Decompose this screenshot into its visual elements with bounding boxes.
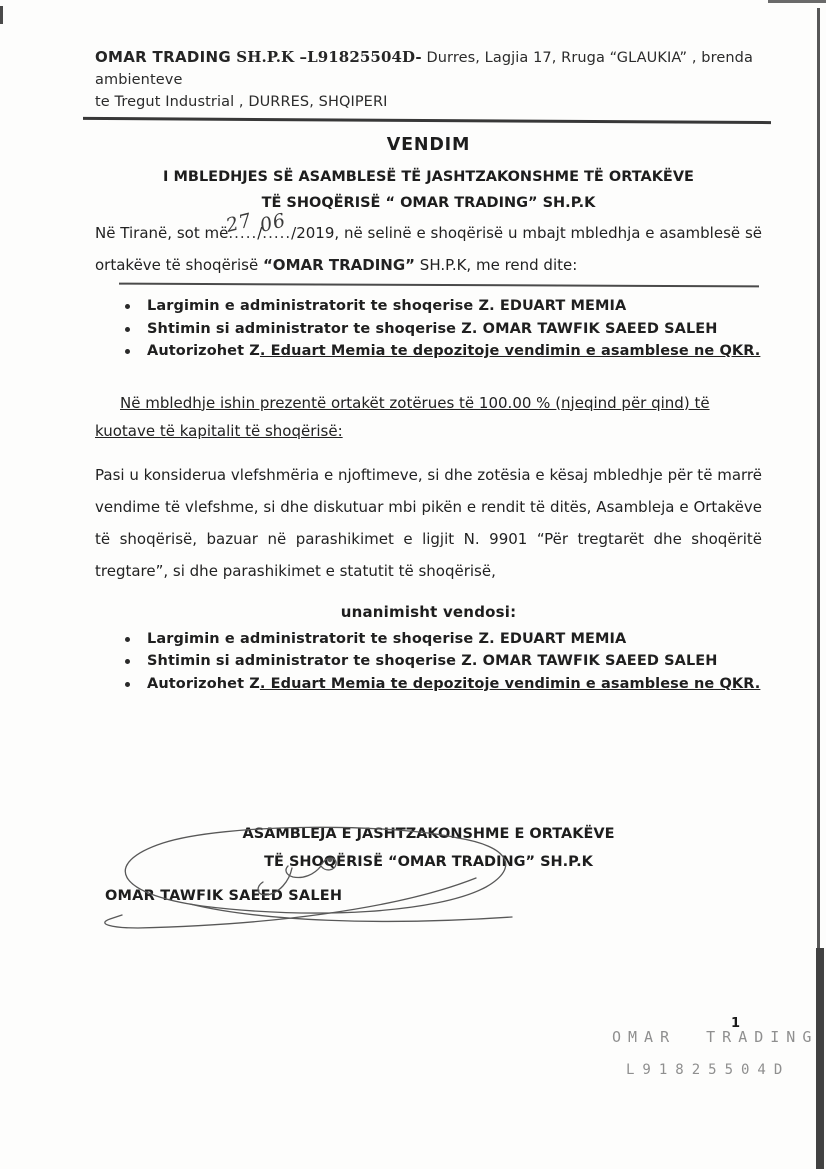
company-name: OMAR TRADING: [95, 48, 231, 66]
intro-text-c: SH.P.K, me rend dite:: [415, 256, 577, 274]
handwritten-signature: [60, 822, 530, 942]
intro-paragraph: Në Tiranë, sot më.....27/.....06/2019, n…: [95, 217, 762, 281]
decision-item-1: Largimin e administratorit te shoqerise …: [147, 628, 762, 651]
scan-edge-top: [768, 0, 826, 3]
intro-text-a: Në Tiranë, sot më: [95, 224, 228, 242]
presence-paragraph: Në mbledhje ishin prezentë ortakët zotër…: [95, 389, 762, 445]
decision-item-2: Shtimin si administrator te shoqerise Z.…: [147, 650, 762, 673]
agenda-list: Largimin e administratorit te shoqerise …: [95, 295, 762, 363]
document-subtitle-line2: TË SHOQËRISË “ OMAR TRADING” SH.P.K: [95, 190, 762, 216]
date-day-slot: .....27: [228, 217, 257, 249]
document-title: VENDIM: [95, 135, 762, 155]
document-content: OMAR TRADING SH.P.K –L91825504D- Durres,…: [0, 0, 826, 910]
letterhead-divider: [83, 117, 771, 124]
scanned-document-page: OMAR TRADING SH.P.K –L91825504D- Durres,…: [0, 0, 826, 1169]
decision-heading: unanimisht vendosi:: [95, 603, 762, 621]
scan-edge-left: [0, 6, 3, 24]
stamp-registration-number: L91825504D: [626, 1062, 818, 1078]
agenda-item-1: Largimin e administratorit te shoqerise …: [147, 295, 762, 318]
intro-company-name: “OMAR TRADING”: [263, 256, 415, 274]
body-paragraph: Pasi u konsiderua vlefshmëria e njoftime…: [95, 459, 762, 587]
document-subtitle-line1: I MBLEDHJES SË ASAMBLESË TË JASHTZAKONSH…: [95, 164, 762, 190]
scan-edge-right-bottom: [816, 948, 824, 1169]
letterhead: OMAR TRADING SH.P.K –L91825504D- Durres,…: [95, 46, 762, 113]
company-registration: SH.P.K –L91825504D-: [231, 48, 422, 66]
presence-text: Në mbledhje ishin prezentë ortakët zotër…: [95, 394, 710, 440]
decision-list: Largimin e administratorit te shoqerise …: [95, 628, 762, 696]
company-stamp: OMAR TRADING L91825504D: [612, 1028, 818, 1078]
agenda-divider: [119, 283, 759, 288]
agenda-item-3: Autorizohet Z. Eduart Memia te depozitoj…: [147, 340, 762, 363]
date-month-slot: .....06: [262, 217, 291, 249]
agenda-item-2: Shtimin si administrator te shoqerise Z.…: [147, 318, 762, 341]
company-address-line2: te Tregut Industrial , DURRES, SHQIPERI: [95, 91, 762, 113]
decision-item-3: Autorizohet Z. Eduart Memia te depozitoj…: [147, 673, 762, 696]
stamp-company-name: OMAR TRADING: [612, 1028, 818, 1046]
